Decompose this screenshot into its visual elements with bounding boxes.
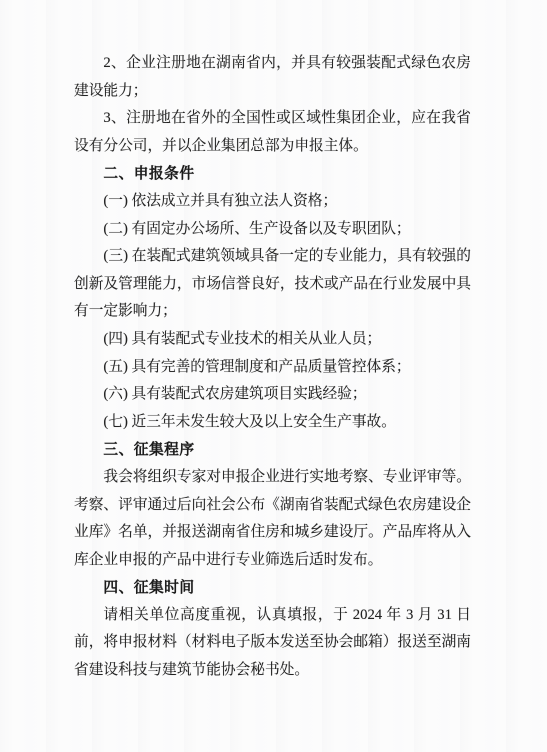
heading-section-3-zhengji-chengxu: 三、征集程序 [74, 436, 471, 464]
paragraph-procedure: 我会将组织专家对申报企业进行实地考察、专业评审等。考察、评审通过后向社会公布《湖… [74, 464, 471, 574]
condition-item-5: (五) 具有完善的管理制度和产品质量管控体系； [74, 354, 471, 382]
document-text-block: 2、企业注册地在湖南省内，并具有较强装配式绿色农房建设能力； 3、注册地在省外的… [74, 50, 471, 685]
condition-item-3: (三) 在装配式建筑领域具备一定的专业能力，具有较强的创新及管理能力，市场信誉良… [74, 243, 471, 326]
paragraph-item-3: 3、注册地在省外的全国性或区域性集团企业，应在我省设有分公司，并以企业集团总部为… [74, 105, 471, 160]
condition-item-1: (一) 依法成立并具有独立法人资格； [74, 188, 471, 216]
condition-item-4: (四) 具有装配式专业技术的相关从业人员； [74, 326, 471, 354]
condition-item-7: (七) 近三年未发生较大及以上安全生产事故。 [74, 409, 471, 437]
heading-section-4-zhengji-shijian: 四、征集时间 [74, 574, 471, 602]
heading-section-2-shenbao-tiaojian: 二、申报条件 [74, 160, 471, 188]
condition-item-2: (二) 有固定办公场所、生产设备以及专职团队； [74, 216, 471, 244]
condition-item-6: (六) 具有装配式农房建筑项目实践经验； [74, 381, 471, 409]
paragraph-item-2: 2、企业注册地在湖南省内，并具有较强装配式绿色农房建设能力； [74, 50, 471, 105]
paragraph-deadline: 请相关单位高度重视，认真填报，于 2024 年 3 月 31 日前，将申报材料（… [74, 602, 471, 685]
document-page: 2、企业注册地在湖南省内，并具有较强装配式绿色农房建设能力； 3、注册地在省外的… [0, 0, 547, 752]
